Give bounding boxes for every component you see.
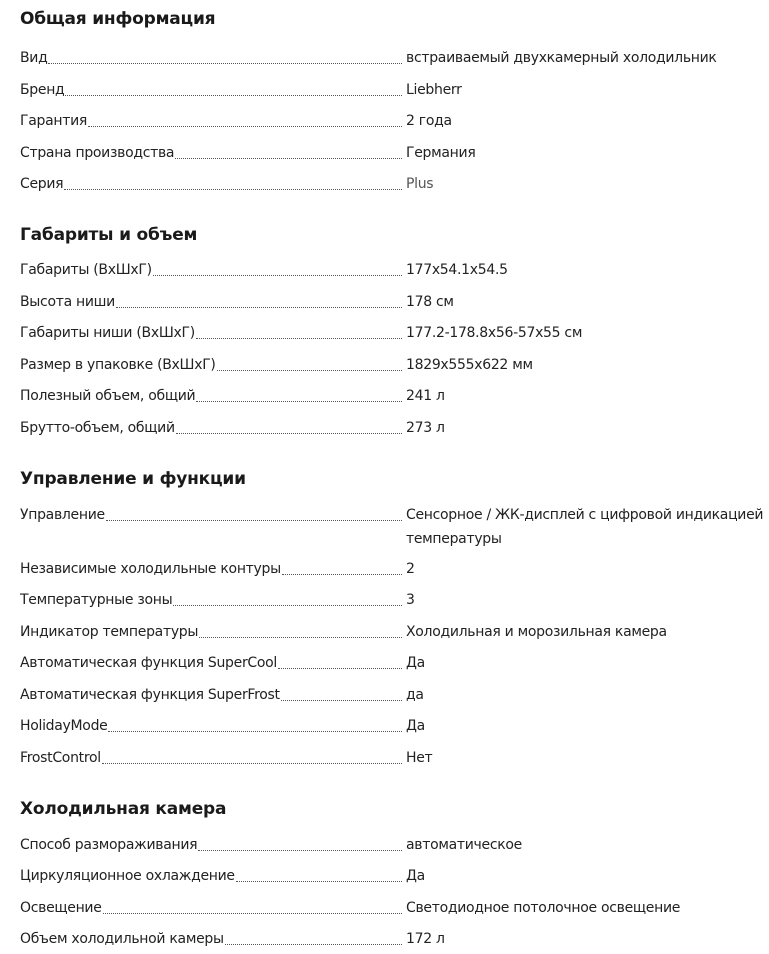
spec-row: Габариты ниши (ВхШхГ) 177.2-178.8x56-57x… bbox=[20, 321, 769, 345]
spec-row: Объем холодильной камеры 172 л bbox=[20, 927, 769, 951]
spec-value: автоматическое bbox=[402, 833, 766, 857]
spec-value: Нет bbox=[402, 746, 766, 770]
spec-label: Автоматическая функция SuperCool bbox=[20, 651, 277, 675]
spec-row: Способ размораживания автоматическое bbox=[20, 833, 769, 857]
section-dimensions: Габариты и объем Габариты (ВхШхГ) 177x54… bbox=[20, 196, 769, 440]
spec-label: Циркуляционное охлаждение bbox=[20, 864, 235, 888]
spec-row: HolidayMode Да bbox=[20, 714, 769, 738]
dotted-leader bbox=[281, 700, 402, 701]
spec-label: Автоматическая функция SuperFrost bbox=[20, 683, 280, 707]
spec-value: 241 л bbox=[402, 384, 766, 408]
spec-value: Да bbox=[402, 651, 766, 675]
spec-row: Полезный объем, общий 241 л bbox=[20, 384, 769, 408]
spec-label: Температурные зоны bbox=[20, 588, 172, 612]
dotted-leader bbox=[108, 731, 402, 732]
section-fridge-compartment: Холодильная камера Способ размораживания… bbox=[20, 770, 769, 952]
spec-label: Страна производства bbox=[20, 141, 174, 165]
spec-label: Габариты (ВхШхГ) bbox=[20, 258, 152, 282]
spec-label: Способ размораживания bbox=[20, 833, 197, 857]
spec-label: Вид bbox=[20, 46, 47, 70]
spec-value: 172 л bbox=[402, 927, 766, 951]
spec-value: встраиваемый двухкамерный холодильник bbox=[402, 46, 766, 70]
dotted-leader bbox=[225, 944, 402, 945]
spec-value: Светодиодное потолочное освещение bbox=[402, 896, 766, 920]
spec-row: Бренд Liebherr bbox=[20, 78, 769, 102]
dotted-leader bbox=[153, 275, 402, 276]
spec-value: 177x54.1x54.5 bbox=[402, 258, 766, 282]
spec-row: Брутто-объем, общий 273 л bbox=[20, 416, 769, 440]
spec-value: 2 bbox=[402, 557, 766, 581]
spec-value: 273 л bbox=[402, 416, 766, 440]
section-general-info: Общая информация Вид встраиваемый двухка… bbox=[20, 0, 769, 196]
spec-row: Серия Plus bbox=[20, 172, 769, 196]
spec-row: Вид встраиваемый двухкамерный холодильни… bbox=[20, 46, 769, 70]
spec-label: HolidayMode bbox=[20, 714, 107, 738]
spec-label: Освещение bbox=[20, 896, 102, 920]
dotted-leader bbox=[103, 913, 402, 914]
spec-row: Гарантия 2 года bbox=[20, 109, 769, 133]
spec-value: Да bbox=[402, 714, 766, 738]
spec-label: Высота ниши bbox=[20, 290, 115, 314]
spec-label: Размер в упаковке (ВхШхГ) bbox=[20, 353, 216, 377]
spec-row: Габариты (ВхШхГ) 177x54.1x54.5 bbox=[20, 258, 769, 282]
spec-label: Габариты ниши (ВхШхГ) bbox=[20, 321, 195, 345]
dotted-leader bbox=[106, 520, 402, 521]
dotted-leader bbox=[176, 433, 402, 434]
dotted-leader bbox=[175, 158, 402, 159]
dotted-leader bbox=[88, 126, 402, 127]
spec-value: да bbox=[402, 683, 766, 707]
dotted-leader bbox=[198, 850, 402, 851]
spec-value: Германия bbox=[402, 141, 766, 165]
spec-value: 177.2-178.8x56-57x55 см bbox=[402, 321, 766, 345]
spec-label: Бренд bbox=[20, 78, 64, 102]
spec-label: Полезный объем, общий bbox=[20, 384, 195, 408]
spec-label: Независимые холодильные контуры bbox=[20, 557, 281, 581]
spec-label: FrostControl bbox=[20, 746, 101, 770]
spec-value: 3 bbox=[402, 588, 766, 612]
dotted-leader bbox=[236, 881, 402, 882]
series-link[interactable]: Plus bbox=[402, 172, 766, 196]
spec-row: Независимые холодильные контуры 2 bbox=[20, 557, 769, 581]
spec-row: FrostControl Нет bbox=[20, 746, 769, 770]
spec-value: Liebherr bbox=[402, 78, 766, 102]
spec-value: Да bbox=[402, 864, 766, 888]
dotted-leader bbox=[278, 668, 402, 669]
dotted-leader bbox=[173, 605, 402, 606]
dotted-leader bbox=[65, 95, 402, 96]
spec-row: Высота ниши 178 см bbox=[20, 290, 769, 314]
spec-row: Циркуляционное охлаждение Да bbox=[20, 864, 769, 888]
dotted-leader bbox=[217, 370, 402, 371]
spec-row: Автоматическая функция SuperFrost да bbox=[20, 683, 769, 707]
section-controls-functions: Управление и функции Управление Сенсорно… bbox=[20, 440, 769, 770]
spec-value: Сенсорное / ЖК-дисплей с цифровой индика… bbox=[402, 503, 766, 551]
specifications-page: Общая информация Вид встраиваемый двухка… bbox=[0, 0, 769, 951]
dotted-leader bbox=[282, 574, 402, 575]
spec-label: Брутто-объем, общий bbox=[20, 416, 175, 440]
spec-label: Объем холодильной камеры bbox=[20, 927, 224, 951]
section-title: Управление и функции bbox=[20, 466, 769, 492]
spec-label: Управление bbox=[20, 503, 105, 527]
spec-row: Индикатор температуры Холодильная и моро… bbox=[20, 620, 769, 644]
spec-label: Серия bbox=[20, 172, 63, 196]
dotted-leader bbox=[102, 763, 402, 764]
spec-value: 178 см bbox=[402, 290, 766, 314]
dotted-leader bbox=[199, 637, 402, 638]
spec-value: 2 года bbox=[402, 109, 766, 133]
dotted-leader bbox=[48, 63, 402, 64]
spec-value: 1829x555x622 мм bbox=[402, 353, 766, 377]
section-title: Общая информация bbox=[20, 6, 769, 32]
spec-row: Размер в упаковке (ВхШхГ) 1829x555x622 м… bbox=[20, 353, 769, 377]
spec-label: Индикатор температуры bbox=[20, 620, 198, 644]
dotted-leader bbox=[196, 401, 402, 402]
dotted-leader bbox=[116, 307, 402, 308]
spec-label: Гарантия bbox=[20, 109, 87, 133]
spec-row: Управление Сенсорное / ЖК-дисплей с цифр… bbox=[20, 503, 769, 551]
dotted-leader bbox=[196, 338, 402, 339]
spec-row: Освещение Светодиодное потолочное освеще… bbox=[20, 896, 769, 920]
spec-value: Холодильная и морозильная камера bbox=[402, 620, 766, 644]
section-title: Габариты и объем bbox=[20, 222, 769, 248]
section-title: Холодильная камера bbox=[20, 796, 769, 822]
spec-row: Температурные зоны 3 bbox=[20, 588, 769, 612]
spec-row: Автоматическая функция SuperCool Да bbox=[20, 651, 769, 675]
spec-row: Страна производства Германия bbox=[20, 141, 769, 165]
dotted-leader bbox=[64, 189, 402, 190]
